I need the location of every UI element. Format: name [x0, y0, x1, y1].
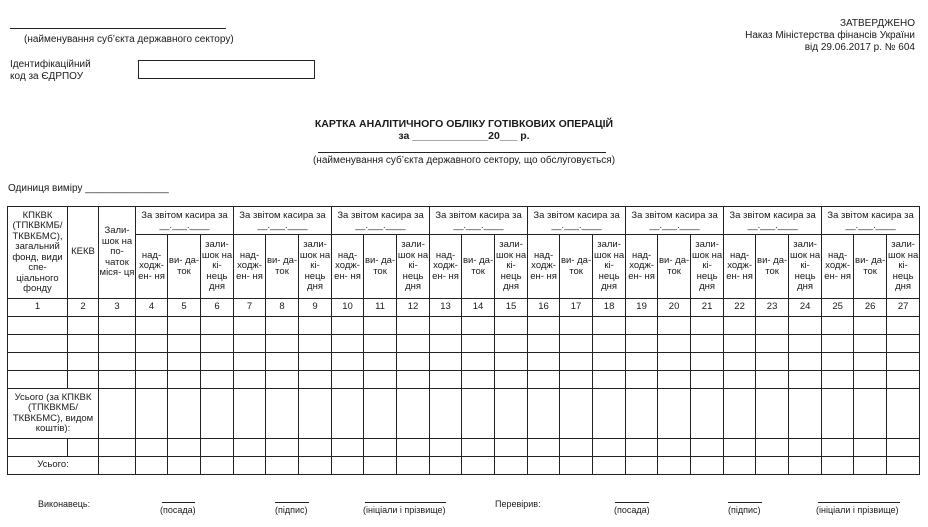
- table-cell[interactable]: [136, 335, 168, 353]
- col-header-receipts: над- ходж- ен- ня: [136, 235, 168, 299]
- table-cell[interactable]: [68, 371, 99, 389]
- cashier-report-label: За звітом касира за: [533, 210, 619, 221]
- table-cell[interactable]: [691, 317, 724, 335]
- table-cell[interactable]: [789, 335, 822, 353]
- table-cell[interactable]: [68, 353, 99, 371]
- table-cell[interactable]: [887, 371, 920, 389]
- table-cell[interactable]: [68, 335, 99, 353]
- col-header-receipts: над- ходж- ен- ня: [626, 235, 658, 299]
- col-header-closing-balance: зали- шок на кі- нець дня: [789, 235, 822, 299]
- table-cell[interactable]: [364, 353, 397, 371]
- table-cell[interactable]: [887, 439, 920, 457]
- table-cell[interactable]: [201, 335, 234, 353]
- total-row: Усього:: [8, 457, 920, 475]
- table-cell[interactable]: [266, 353, 299, 371]
- table-cell[interactable]: [430, 439, 462, 457]
- subtotal-cell[interactable]: [462, 389, 495, 439]
- column-number: 13: [430, 299, 462, 317]
- total-cell[interactable]: [495, 457, 528, 475]
- table-cell[interactable]: [887, 353, 920, 371]
- checker-name-caption: (ініціали і прізвище): [816, 505, 899, 515]
- table-cell[interactable]: [234, 439, 266, 457]
- table-cell[interactable]: [626, 353, 658, 371]
- table-cell[interactable]: [397, 371, 430, 389]
- col-header-cashier-report: За звітом касира за__.___.____: [822, 207, 920, 235]
- table-cell[interactable]: [201, 317, 234, 335]
- column-number: 14: [462, 299, 495, 317]
- col-header-receipts: над- ходж- ен- ня: [234, 235, 266, 299]
- subtotal-cell[interactable]: [691, 389, 724, 439]
- table-row: [8, 439, 920, 457]
- subtotal-cell[interactable]: [136, 389, 168, 439]
- checked-label: Перевірив:: [495, 499, 541, 509]
- table-cell[interactable]: [756, 335, 789, 353]
- subtotal-cell[interactable]: [724, 389, 756, 439]
- table-cell[interactable]: [528, 335, 560, 353]
- total-cell[interactable]: [724, 457, 756, 475]
- subtotal-cell[interactable]: [593, 389, 626, 439]
- table-cell[interactable]: [789, 353, 822, 371]
- table-cell[interactable]: [201, 353, 234, 371]
- table-cell[interactable]: [756, 371, 789, 389]
- col-header-receipts: над- ходж- ен- ня: [430, 235, 462, 299]
- column-number: 25: [822, 299, 854, 317]
- cashier-report-label: За звітом касира за: [435, 210, 521, 221]
- cashier-report-label: За звітом касира за: [631, 210, 717, 221]
- subtotal-cell[interactable]: [332, 389, 364, 439]
- subtotal-cell[interactable]: [201, 389, 234, 439]
- total-cell[interactable]: [887, 457, 920, 475]
- executor-position-line[interactable]: [162, 502, 195, 503]
- table-cell[interactable]: [462, 371, 495, 389]
- executor-label: Виконавець:: [38, 499, 90, 509]
- total-cell[interactable]: [364, 457, 397, 475]
- table-cell[interactable]: [234, 371, 266, 389]
- table-cell[interactable]: [364, 439, 397, 457]
- checker-position-caption: (посада): [614, 505, 650, 515]
- cashier-report-date[interactable]: __.___.____: [430, 221, 527, 230]
- table-cell[interactable]: [136, 353, 168, 371]
- subtotal-cell[interactable]: [560, 389, 593, 439]
- table-cell[interactable]: [8, 371, 68, 389]
- table-cell[interactable]: [430, 335, 462, 353]
- total-cell[interactable]: [756, 457, 789, 475]
- cash-operations-table: КПКВК (ТПКВКМБ/ ТКВКБМС), загальний фонд…: [7, 206, 920, 475]
- table-cell[interactable]: [724, 317, 756, 335]
- column-numbers-row: 1234567891011121314151617181920212223242…: [8, 299, 920, 317]
- table-cell[interactable]: [364, 371, 397, 389]
- checker-signature-caption: (підпис): [728, 505, 761, 515]
- table-cell[interactable]: [332, 371, 364, 389]
- table-cell[interactable]: [462, 317, 495, 335]
- checker-signature-line[interactable]: [728, 502, 762, 503]
- table-cell[interactable]: [136, 371, 168, 389]
- table-cell[interactable]: [756, 317, 789, 335]
- table-cell[interactable]: [99, 371, 136, 389]
- total-cell[interactable]: [136, 457, 168, 475]
- table-cell[interactable]: [168, 371, 201, 389]
- table-cell[interactable]: [234, 317, 266, 335]
- table-cell[interactable]: [8, 335, 68, 353]
- table-cell[interactable]: [430, 317, 462, 335]
- column-number: 3: [99, 299, 136, 317]
- column-number: 4: [136, 299, 168, 317]
- col-header-closing-balance: зали- шок на кі- нець дня: [593, 235, 626, 299]
- header-row-subcolumns: над- ходж- ен- няви- да- токзали- шок на…: [8, 235, 920, 299]
- table-cell[interactable]: [495, 439, 528, 457]
- table-cell[interactable]: [854, 439, 887, 457]
- total-cell[interactable]: [593, 457, 626, 475]
- table-cell[interactable]: [593, 335, 626, 353]
- table-row: [8, 335, 920, 353]
- table-cell[interactable]: [495, 317, 528, 335]
- executor-signature-line[interactable]: [275, 502, 309, 503]
- subtotal-cell[interactable]: [299, 389, 332, 439]
- total-cell[interactable]: [528, 457, 560, 475]
- table-cell[interactable]: [756, 439, 789, 457]
- table-cell[interactable]: [332, 335, 364, 353]
- total-cell[interactable]: [234, 457, 266, 475]
- table-cell[interactable]: [397, 439, 430, 457]
- table-cell[interactable]: [854, 353, 887, 371]
- table-cell[interactable]: [658, 439, 691, 457]
- total-cell[interactable]: [99, 457, 136, 475]
- total-cell[interactable]: [691, 457, 724, 475]
- subtotal-cell[interactable]: [266, 389, 299, 439]
- table-cell[interactable]: [332, 353, 364, 371]
- table-cell[interactable]: [99, 335, 136, 353]
- cashier-report-label: За звітом касира за: [141, 210, 227, 221]
- col-header-issues: ви- да- ток: [854, 235, 887, 299]
- table-cell[interactable]: [854, 371, 887, 389]
- table-cell[interactable]: [266, 335, 299, 353]
- col-header-closing-balance: зали- шок на кі- нець дня: [495, 235, 528, 299]
- subtotal-cell[interactable]: [397, 389, 430, 439]
- total-cell[interactable]: [430, 457, 462, 475]
- table-cell[interactable]: [99, 317, 136, 335]
- total-cell[interactable]: [462, 457, 495, 475]
- col-header-cashier-report: За звітом касира за__.___.____: [136, 207, 234, 235]
- table-cell[interactable]: [854, 335, 887, 353]
- org-name-line[interactable]: [10, 28, 226, 29]
- approved-order: Наказ Міністерства фінансів України: [745, 30, 915, 42]
- total-cell[interactable]: [397, 457, 430, 475]
- edrpou-label-line2: код за ЄДРПОУ: [10, 71, 91, 83]
- document-period[interactable]: за _____________20___ р.: [0, 130, 928, 142]
- table-cell[interactable]: [168, 335, 201, 353]
- table-cell[interactable]: [8, 317, 68, 335]
- table-cell[interactable]: [495, 335, 528, 353]
- table-cell[interactable]: [168, 353, 201, 371]
- total-cell[interactable]: [658, 457, 691, 475]
- column-number: 10: [332, 299, 364, 317]
- col-header-cashier-report: За звітом касира за__.___.____: [234, 207, 332, 235]
- column-number: 15: [495, 299, 528, 317]
- total-cell[interactable]: [266, 457, 299, 475]
- total-label: Усього:: [8, 457, 99, 475]
- table-cell[interactable]: [626, 335, 658, 353]
- subtotal-cell[interactable]: [430, 389, 462, 439]
- table-cell[interactable]: [299, 439, 332, 457]
- total-cell[interactable]: [789, 457, 822, 475]
- column-number: 22: [724, 299, 756, 317]
- cashier-report-date[interactable]: __.___.____: [528, 221, 625, 230]
- col-header-closing-balance: зали- шок на кі- нець дня: [201, 235, 234, 299]
- table-cell[interactable]: [528, 353, 560, 371]
- subtotal-cell[interactable]: [822, 389, 854, 439]
- col-header-kpkvk: КПКВК (ТПКВКМБ/ ТКВКБМС), загальний фонд…: [8, 207, 68, 299]
- column-number: 2: [68, 299, 99, 317]
- table-cell[interactable]: [887, 317, 920, 335]
- column-number: 27: [887, 299, 920, 317]
- column-number: 9: [299, 299, 332, 317]
- checker-name-line[interactable]: [818, 502, 900, 503]
- subtotal-cell[interactable]: [658, 389, 691, 439]
- subtotal-label: Усього (за КПКВК (ТПКВКМБ/ ТКВКБМС), вид…: [8, 389, 99, 439]
- column-number: 24: [789, 299, 822, 317]
- subtotal-cell[interactable]: [168, 389, 201, 439]
- table-cell[interactable]: [626, 439, 658, 457]
- table-cell[interactable]: [822, 439, 854, 457]
- table-cell[interactable]: [99, 353, 136, 371]
- subtotal-cell[interactable]: [887, 389, 920, 439]
- table-cell[interactable]: [593, 317, 626, 335]
- column-number: 21: [691, 299, 724, 317]
- column-number: 19: [626, 299, 658, 317]
- col-header-cashier-report: За звітом касира за__.___.____: [430, 207, 528, 235]
- col-header-issues: ви- да- ток: [168, 235, 201, 299]
- table-cell[interactable]: [593, 439, 626, 457]
- table-cell[interactable]: [430, 371, 462, 389]
- table-cell[interactable]: [201, 371, 234, 389]
- table-cell[interactable]: [299, 353, 332, 371]
- subtotal-cell[interactable]: [528, 389, 560, 439]
- table-cell[interactable]: [626, 371, 658, 389]
- col-header-receipts: над- ходж- ен- ня: [528, 235, 560, 299]
- table-cell[interactable]: [789, 317, 822, 335]
- table-cell[interactable]: [560, 353, 593, 371]
- table-cell[interactable]: [560, 371, 593, 389]
- table-cell[interactable]: [68, 439, 99, 457]
- col-header-issues: ви- да- ток: [756, 235, 789, 299]
- table-cell[interactable]: [462, 353, 495, 371]
- table-cell[interactable]: [462, 335, 495, 353]
- table-cell[interactable]: [658, 317, 691, 335]
- cashier-report-label: За звітом касира за: [827, 210, 913, 221]
- total-cell[interactable]: [822, 457, 854, 475]
- table-cell[interactable]: [658, 353, 691, 371]
- cashier-report-date[interactable]: __.___.____: [724, 221, 821, 230]
- table-cell[interactable]: [560, 335, 593, 353]
- edrpou-code-field[interactable]: [138, 60, 315, 79]
- table-cell[interactable]: [528, 317, 560, 335]
- col-header-closing-balance: зали- шок на кі- нець дня: [887, 235, 920, 299]
- table-cell[interactable]: [299, 335, 332, 353]
- subtotal-cell[interactable]: [99, 389, 136, 439]
- table-cell[interactable]: [756, 353, 789, 371]
- column-number: 6: [201, 299, 234, 317]
- table-row: [8, 371, 920, 389]
- table-cell[interactable]: [8, 439, 68, 457]
- approved-date: від 29.06.2017 р. № 604: [745, 42, 915, 54]
- table-cell[interactable]: [136, 317, 168, 335]
- org-name-caption: (найменування суб’єкта державного сектор…: [24, 34, 234, 45]
- table-cell[interactable]: [724, 371, 756, 389]
- table-cell[interactable]: [332, 317, 364, 335]
- column-number: 7: [234, 299, 266, 317]
- table-cell[interactable]: [364, 335, 397, 353]
- table-cell[interactable]: [397, 317, 430, 335]
- table-cell[interactable]: [887, 335, 920, 353]
- table-cell[interactable]: [724, 439, 756, 457]
- table-cell[interactable]: [822, 335, 854, 353]
- col-header-cashier-report: За звітом касира за__.___.____: [332, 207, 430, 235]
- table-cell[interactable]: [201, 439, 234, 457]
- table-cell[interactable]: [528, 371, 560, 389]
- cashier-report-date[interactable]: __.___.____: [822, 221, 919, 230]
- col-header-cashier-report: За звітом касира за__.___.____: [626, 207, 724, 235]
- edrpou-label: Ідентифікаційний код за ЄДРПОУ: [10, 59, 91, 83]
- table-cell[interactable]: [560, 439, 593, 457]
- column-number: 17: [560, 299, 593, 317]
- col-header-issues: ви- да- ток: [560, 235, 593, 299]
- table-cell[interactable]: [560, 317, 593, 335]
- table-cell[interactable]: [691, 353, 724, 371]
- unit-of-measure[interactable]: Одиниця виміру _______________: [8, 183, 169, 194]
- table-cell[interactable]: [266, 371, 299, 389]
- table-cell[interactable]: [266, 439, 299, 457]
- table-cell[interactable]: [266, 317, 299, 335]
- col-header-receipts: над- ходж- ен- ня: [822, 235, 854, 299]
- table-cell[interactable]: [691, 439, 724, 457]
- table-cell[interactable]: [724, 335, 756, 353]
- total-cell[interactable]: [201, 457, 234, 475]
- subtotal-cell[interactable]: [234, 389, 266, 439]
- col-header-receipts: над- ходж- ен- ня: [724, 235, 756, 299]
- executor-name-caption: (ініціали і прізвище): [363, 505, 446, 515]
- subtotal-cell[interactable]: [626, 389, 658, 439]
- subtotal-cell[interactable]: [789, 389, 822, 439]
- checker-position-line[interactable]: [615, 502, 649, 503]
- cashier-report-date[interactable]: __.___.____: [626, 221, 723, 230]
- column-number: 1: [8, 299, 68, 317]
- table-cell[interactable]: [658, 371, 691, 389]
- table-cell[interactable]: [495, 371, 528, 389]
- table-row: [8, 353, 920, 371]
- table-cell[interactable]: [658, 335, 691, 353]
- column-number: 12: [397, 299, 430, 317]
- column-number: 26: [854, 299, 887, 317]
- total-cell[interactable]: [626, 457, 658, 475]
- col-header-cashier-report: За звітом касира за__.___.____: [528, 207, 626, 235]
- total-cell[interactable]: [560, 457, 593, 475]
- col-header-opening-balance: Зали- шок на по- чаток міся- ця: [99, 207, 136, 299]
- table-cell[interactable]: [789, 371, 822, 389]
- col-header-issues: ви- да- ток: [364, 235, 397, 299]
- table-cell[interactable]: [397, 335, 430, 353]
- col-header-cashier-report: За звітом касира за__.___.____: [724, 207, 822, 235]
- cashier-report-label: За звітом касира за: [729, 210, 815, 221]
- table-cell[interactable]: [593, 371, 626, 389]
- table-cell[interactable]: [462, 439, 495, 457]
- column-number: 5: [168, 299, 201, 317]
- column-number: 8: [266, 299, 299, 317]
- table-cell[interactable]: [495, 353, 528, 371]
- served-org-caption: (найменування суб’єкта державного сектор…: [0, 155, 928, 166]
- col-header-closing-balance: зали- шок на кі- нець дня: [691, 235, 724, 299]
- col-header-kekv: КЕКВ: [68, 207, 99, 299]
- table-cell[interactable]: [724, 353, 756, 371]
- col-header-issues: ви- да- ток: [462, 235, 495, 299]
- total-cell[interactable]: [854, 457, 887, 475]
- table-cell[interactable]: [854, 317, 887, 335]
- table-cell[interactable]: [168, 317, 201, 335]
- table-cell[interactable]: [8, 353, 68, 371]
- cashier-report-label: За звітом касира за: [337, 210, 423, 221]
- table-cell[interactable]: [822, 371, 854, 389]
- cashier-report-label: За звітом касира за: [239, 210, 325, 221]
- table-cell[interactable]: [691, 335, 724, 353]
- col-header-closing-balance: зали- шок на кі- нець дня: [299, 235, 332, 299]
- cashier-report-date[interactable]: __.___.____: [332, 221, 429, 230]
- approved-heading: ЗАТВЕРДЖЕНО: [745, 18, 915, 30]
- table-cell[interactable]: [364, 317, 397, 335]
- document-title: КАРТКА АНАЛІТИЧНОГО ОБЛІКУ ГОТІВКОВИХ ОП…: [0, 118, 928, 130]
- table-cell[interactable]: [691, 371, 724, 389]
- subtotal-cell[interactable]: [495, 389, 528, 439]
- table-cell[interactable]: [332, 439, 364, 457]
- total-cell[interactable]: [168, 457, 201, 475]
- table-cell[interactable]: [430, 353, 462, 371]
- served-org-line[interactable]: [318, 152, 606, 153]
- table-cell[interactable]: [397, 353, 430, 371]
- table-cell[interactable]: [528, 439, 560, 457]
- subtotal-cell[interactable]: [756, 389, 789, 439]
- subtotal-row: Усього (за КПКВК (ТПКВКМБ/ ТКВКБМС), вид…: [8, 389, 920, 439]
- table-cell[interactable]: [593, 353, 626, 371]
- cashier-report-date[interactable]: __.___.____: [136, 221, 233, 230]
- column-number: 16: [528, 299, 560, 317]
- subtotal-cell[interactable]: [854, 389, 887, 439]
- table-cell[interactable]: [299, 317, 332, 335]
- header-row-groups: КПКВК (ТПКВКМБ/ ТКВКБМС), загальний фонд…: [8, 207, 920, 235]
- column-number: 23: [756, 299, 789, 317]
- table-cell[interactable]: [168, 439, 201, 457]
- table-cell[interactable]: [626, 317, 658, 335]
- executor-position-caption: (посада): [160, 505, 196, 515]
- col-header-issues: ви- да- ток: [266, 235, 299, 299]
- total-cell[interactable]: [299, 457, 332, 475]
- col-header-receipts: над- ходж- ен- ня: [332, 235, 364, 299]
- table-cell[interactable]: [299, 371, 332, 389]
- subtotal-cell[interactable]: [364, 389, 397, 439]
- table-cell[interactable]: [822, 353, 854, 371]
- table-cell[interactable]: [822, 317, 854, 335]
- table-cell[interactable]: [234, 353, 266, 371]
- column-number: 20: [658, 299, 691, 317]
- executor-signature-caption: (підпис): [275, 505, 308, 515]
- table-row: [8, 317, 920, 335]
- table-cell[interactable]: [99, 439, 136, 457]
- edrpou-label-line1: Ідентифікаційний: [10, 59, 91, 71]
- table-cell[interactable]: [789, 439, 822, 457]
- table-cell[interactable]: [68, 317, 99, 335]
- cashier-report-date[interactable]: __.___.____: [234, 221, 331, 230]
- table-cell[interactable]: [234, 335, 266, 353]
- executor-name-line[interactable]: [365, 502, 446, 503]
- table-cell[interactable]: [136, 439, 168, 457]
- total-cell[interactable]: [332, 457, 364, 475]
